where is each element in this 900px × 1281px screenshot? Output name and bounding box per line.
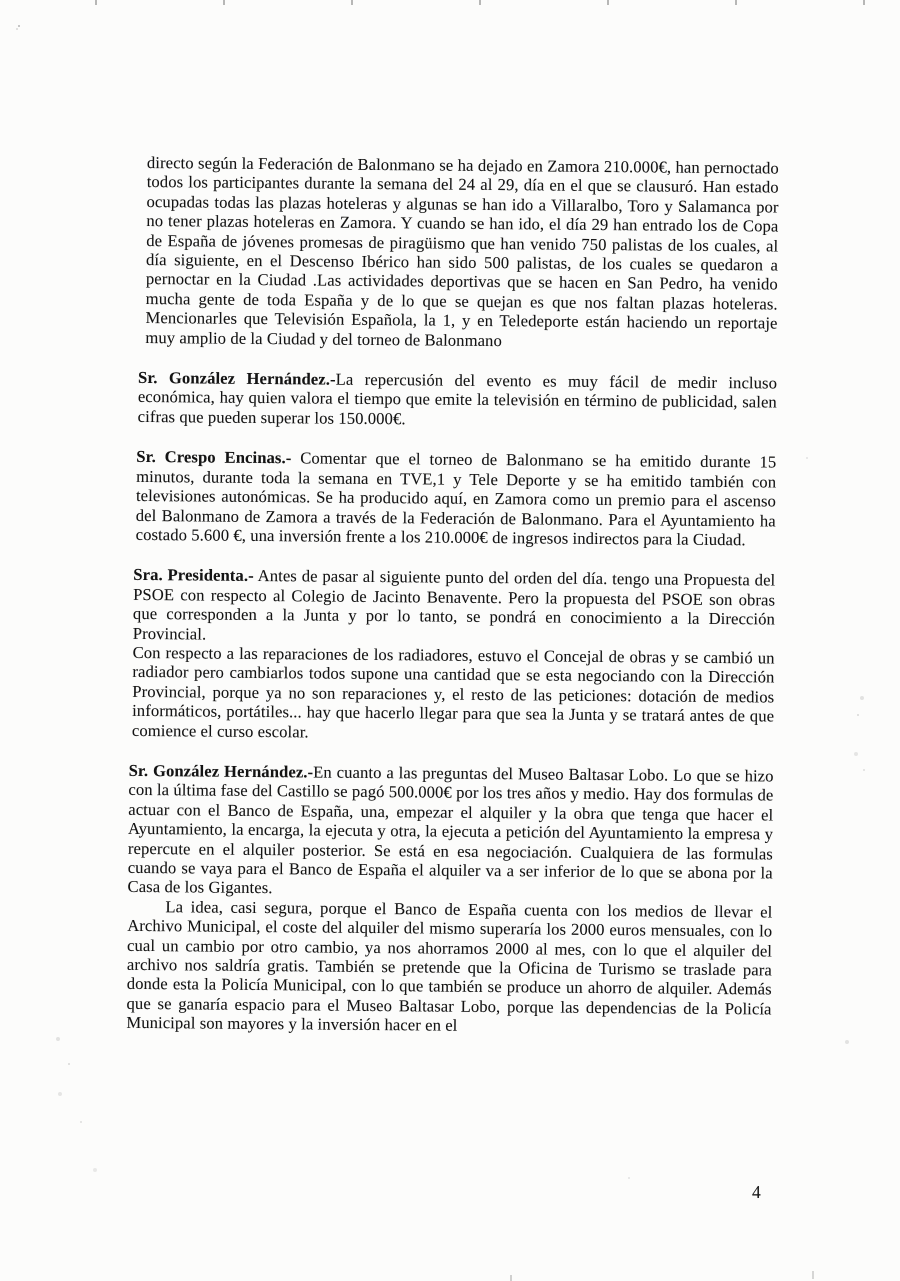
speaker-name: Sr. Crespo Encinas.- xyxy=(136,447,291,467)
scan-mark xyxy=(607,0,609,5)
scan-mark xyxy=(735,0,737,5)
paragraph-continuation: directo según la Federación de Balonmano… xyxy=(145,153,779,353)
scan-mark xyxy=(812,1271,814,1279)
paragraph-text: En cuanto a las preguntas del Museo Balt… xyxy=(128,762,774,897)
scan-noise xyxy=(0,0,2,2)
page-number: 4 xyxy=(752,1182,761,1203)
scan-mark xyxy=(351,0,353,5)
paragraph-text-continuation: Con respecto a las reparaciones de los r… xyxy=(132,643,775,746)
scan-mark xyxy=(479,0,481,5)
paragraph-text-continuation: La idea, casi segura, porque el Banco de… xyxy=(126,897,772,1038)
scanned-page: directo según la Federación de Balonmano… xyxy=(0,0,900,1281)
paragraph-gonzalez-1: Sr. González Hernández.-La repercusión d… xyxy=(138,368,777,432)
scan-mark xyxy=(863,0,865,5)
document-text: directo según la Federación de Balonmano… xyxy=(139,153,779,1038)
scan-mark xyxy=(223,0,225,5)
paragraph-gonzalez-2: Sr. González Hernández.-En cuanto a las … xyxy=(126,761,773,1038)
paragraph-text: directo según la Federación de Balonmano… xyxy=(145,153,779,350)
scan-mark xyxy=(510,1275,512,1281)
scan-mark xyxy=(95,0,97,5)
speaker-name: Sra. Presidenta.- xyxy=(133,565,254,585)
paragraph-presidenta: Sra. Presidenta.- Antes de pasar al sigu… xyxy=(132,565,775,745)
paragraph-crespo: Sr. Crespo Encinas.- Comentar que el tor… xyxy=(136,447,777,550)
speaker-name: Sr. González Hernández.- xyxy=(129,761,314,782)
speaker-name: Sr. González Hernández.- xyxy=(138,368,336,389)
